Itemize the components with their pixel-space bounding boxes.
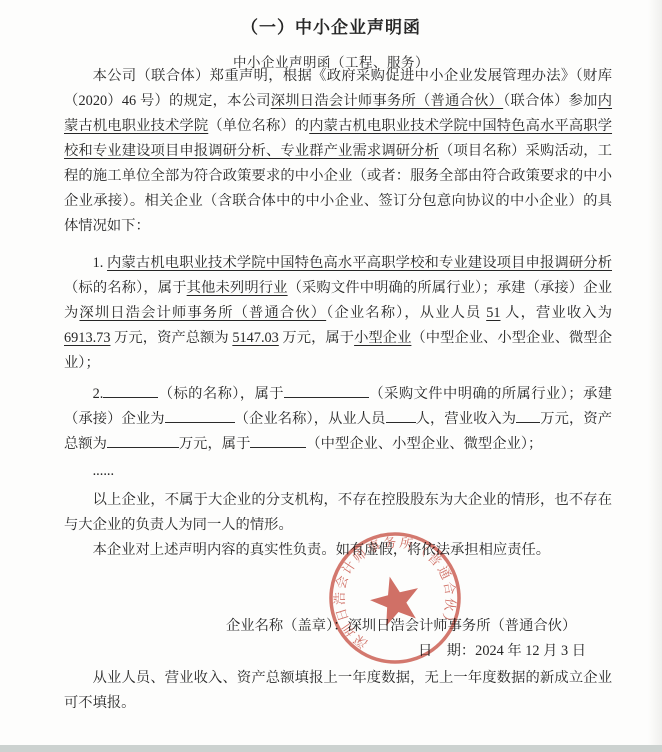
paragraph: ......: [64, 459, 612, 484]
text-segment: 深圳日浩会计师事务所（普通合伙）: [271, 93, 503, 109]
text-segment: 万元，属于: [279, 330, 354, 346]
paragraph: 本公司（联合体）郑重声明，根据《政府采购促进中小企业发展管理办法》（财库（202…: [64, 64, 612, 239]
text-segment: 本企业对上述声明内容的真实性负责。如有虚假，将依法承担相应责任。: [93, 542, 551, 558]
blank-field: [386, 409, 416, 423]
text-segment: 以上企业，不属于大企业的分支机构，不存在控股股东为大企业的情形，也不存在与大企业…: [64, 492, 612, 533]
blank-field: [516, 409, 540, 423]
paragraph: 以上企业，不属于大企业的分支机构，不存在控股股东为大企业的情形，也不存在与大企业…: [64, 488, 612, 538]
text-segment: 其他未列明行业: [187, 280, 288, 296]
text-segment: （企业名称），从业人员: [235, 411, 386, 427]
blank-field: [107, 434, 179, 448]
company-name-line: 企业名称（盖章）：深圳日浩会计师事务所（普通合伙）: [64, 614, 612, 639]
text-segment: 万元，属于: [179, 436, 250, 452]
paragraph: 本企业对上述声明内容的真实性负责。如有虚假，将依法承担相应责任。: [64, 538, 612, 563]
text-segment: （标的名称），属于: [64, 280, 187, 296]
text-segment: 人，营业收入为: [416, 411, 517, 427]
blank-field: [165, 409, 235, 423]
text-segment: 1.: [93, 255, 107, 271]
text-segment: （标的名称），属于: [158, 386, 284, 402]
text-segment: 深圳日浩会计师事务所（普通合伙）: [79, 305, 326, 321]
text-segment: （联合体）参加: [503, 93, 598, 109]
blank-field: [103, 384, 158, 398]
blank-field: [284, 384, 369, 398]
date-line: 日 期：2024 年 12 月 3 日: [64, 639, 612, 664]
text-segment: （中型企业、小型企业、微型企业）；: [306, 436, 542, 452]
text-segment: 万元，资产总额为: [110, 330, 232, 346]
text-segment: 小型企业: [354, 330, 411, 346]
text-segment: ......: [93, 463, 114, 479]
text-segment: 内蒙古机电职业技术学院中国特色高水平高职学校和专业建设项目申报调研分析: [107, 255, 612, 271]
text-segment: 人，营业收入为: [500, 305, 612, 321]
footnote: 从业人员、营业收入、资产总额填报上一年度数据，无上一年度数据的新成立企业可不填报…: [64, 666, 612, 716]
text-segment: 5147.03: [232, 330, 278, 346]
document-page: （一）中小企业声明函 中小企业声明函（工程、服务） 本公司（联合体）郑重声明，根…: [0, 0, 662, 752]
paragraph: 2.（标的名称），属于（采购文件中明确的所属行业）；承建（承接）企业为（企业名称…: [64, 382, 612, 457]
text-segment: 6913.73: [64, 330, 110, 346]
signature-block: 企业名称（盖章）：深圳日浩会计师事务所（普通合伙） 日 期：2024 年 12 …: [64, 614, 612, 664]
blank-field: [250, 434, 306, 448]
document-body: 本公司（联合体）郑重声明，根据《政府采购促进中小企业发展管理办法》（财库（202…: [64, 64, 612, 563]
page-title: （一）中小企业声明函: [0, 0, 662, 38]
paragraph: 1. 内蒙古机电职业技术学院中国特色高水平高职学校和专业建设项目申报调研分析（标…: [64, 251, 612, 376]
text-segment: 2.: [93, 386, 104, 402]
text-segment: （单位名称）的: [208, 118, 309, 134]
text-segment: （企业名称），从业人员: [326, 305, 486, 321]
text-segment: 51: [486, 305, 500, 321]
